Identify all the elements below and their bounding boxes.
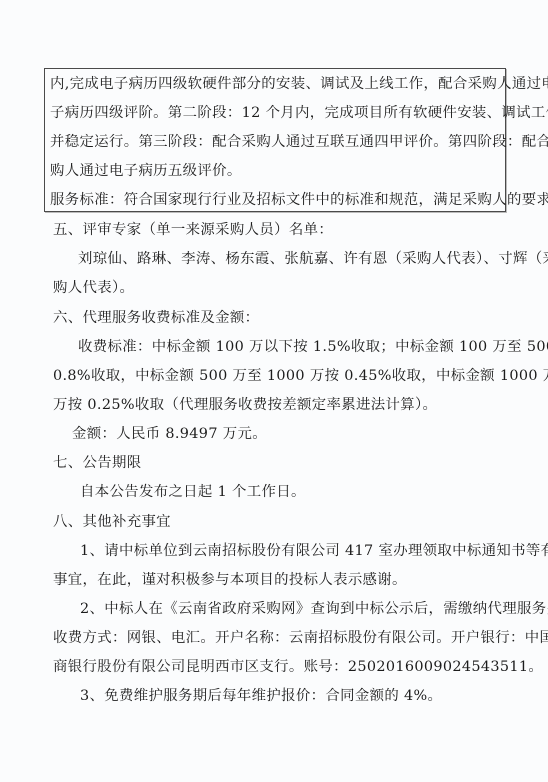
section7-heading: 七、公告期限 <box>53 453 141 473</box>
section6-fee-line-3: 万按 0.25%收取（代理服务收费按差额定率累进法计算）。 <box>53 395 437 415</box>
section6-heading: 六、代理服务收费标准及金额： <box>53 308 259 328</box>
section8-item1-line-2: 事宜，在此，谨对积极参与本项目的投标人表示感谢。 <box>53 570 407 590</box>
section8-heading: 八、其他补充事宜 <box>53 512 171 532</box>
boxed-line-3: 并稳定运行。第三阶段：配合采购人通过互联互通四甲评价。第四阶段：配合采 <box>50 132 501 152</box>
service-standard-line: 服务标准：符合国家现行行业及招标文件中的标准和规范，满足采购人的要求。 <box>50 190 501 210</box>
section8-item2-line-2: 收费方式：网银、电汇。开户名称：云南招标股份有限公司。开户银行：中国工 <box>53 628 505 648</box>
section7-text: 自本公告发布之日起 1 个工作日。 <box>80 482 306 502</box>
section6-fee-line-1: 收费标准：中标金额 100 万以下按 1.5%收取；中标金额 100 万至 50… <box>78 337 505 357</box>
section6-amount: 金额：人民币 8.9497 万元。 <box>72 424 267 444</box>
section8-item1-line-1: 1、请中标单位到云南招标股份有限公司 417 室办理领取中标通知书等有关 <box>80 541 505 561</box>
section5-experts-line-2: 购人代表）。 <box>53 278 134 298</box>
section6-fee-line-2: 0.8%收取，中标金额 500 万至 1000 万按 0.45%收取，中标金额 … <box>53 366 505 386</box>
boxed-line-1: 内,完成电子病历四级软硬件部分的安装、调试及上线工作，配合采购人通过电 <box>50 74 501 94</box>
section5-heading: 五、评审专家（单一来源采购人员）名单： <box>53 220 333 240</box>
document-page: 内,完成电子病历四级软硬件部分的安装、调试及上线工作，配合采购人通过电 子病历四… <box>0 0 548 782</box>
boxed-line-4: 购人通过电子病历五级评价。 <box>50 161 242 181</box>
boxed-line-2: 子病历四级评阶。第二阶段：12 个月内，完成项目所有软硬件安装、调试工作， <box>50 103 501 123</box>
section8-item3: 3、免费维护服务期后每年维护报价：合同金额的 4%。 <box>80 686 442 706</box>
section8-item2-line-1: 2、中标人在《云南省政府采购网》查询到中标公示后，需缴纳代理服务费， <box>80 599 505 619</box>
section5-experts-line-1: 刘琼仙、路琳、李涛、杨东霞、张航嘉、许有恩（采购人代表）、寸辉（采 <box>78 249 505 269</box>
section8-item2-line-3: 商银行股份有限公司昆明西市区支行。账号：2502016009024543511。 <box>53 657 543 677</box>
